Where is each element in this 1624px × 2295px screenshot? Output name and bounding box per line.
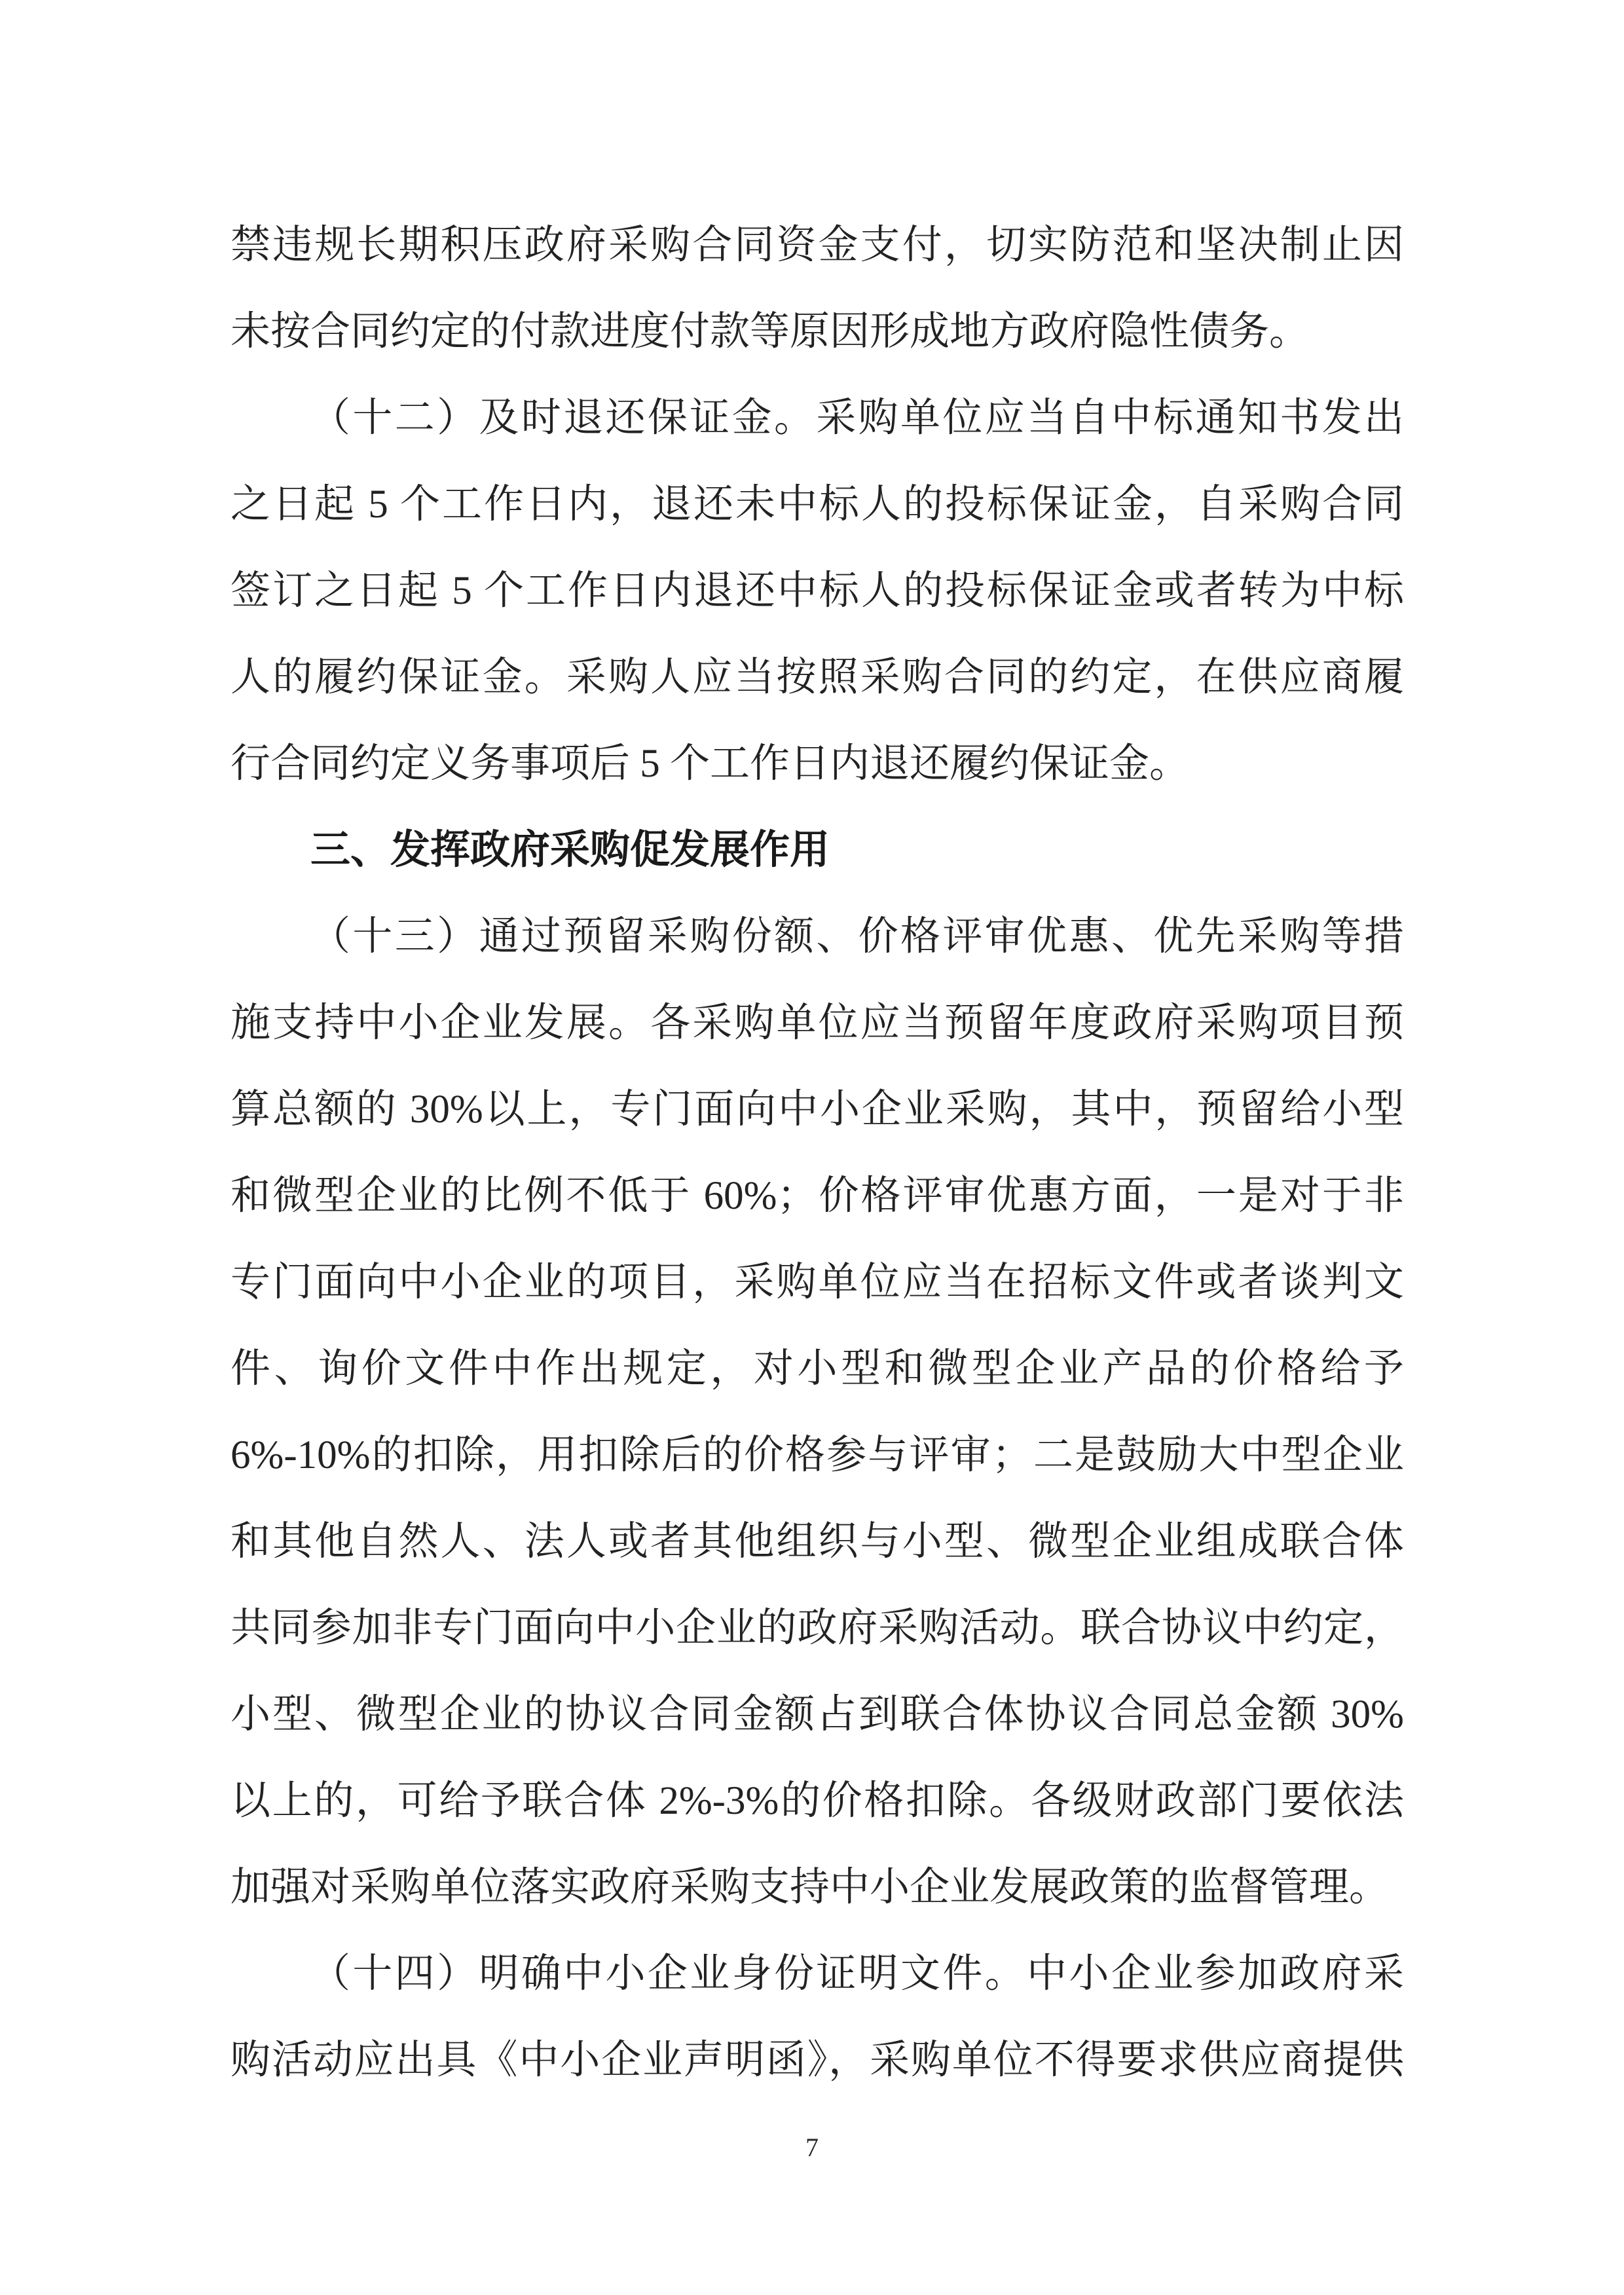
text-line: 签订之日起 5 个工作日内退还中标人的投标保证金或者转为中标 bbox=[231, 548, 1404, 634]
text-line: （十三）通过预留采购份额、价格评审优惠、优先采购等措 bbox=[231, 894, 1404, 980]
text-line: （十二）及时退还保证金。采购单位应当自中标通知书发出 bbox=[231, 375, 1404, 462]
text-line: 共同参加非专门面向中小企业的政府采购活动。联合协议中约定， bbox=[231, 1585, 1404, 1672]
text-line: 施支持中小企业发展。各采购单位应当预留年度政府采购项目预 bbox=[231, 980, 1404, 1067]
text-line: 以上的，可给予联合体 2%-3%的价格扣除。各级财政部门要依法 bbox=[231, 1758, 1404, 1845]
document-text: 禁违规长期积压政府采购合同资金支付，切实防范和坚决制止因 未按合同约定的付款进度… bbox=[231, 202, 1404, 2104]
text-line: 小型、微型企业的协议合同金额占到联合体协议合同总金额 30% bbox=[231, 1672, 1404, 1758]
text-line: 人的履约保证金。采购人应当按照采购合同的约定，在供应商履 bbox=[231, 634, 1404, 721]
page-number: 7 bbox=[0, 2132, 1624, 2163]
text-line: 6%-10%的扣除，用扣除后的价格参与评审；二是鼓励大中型企业 bbox=[231, 1412, 1404, 1499]
text-line: 件、询价文件中作出规定，对小型和微型企业产品的价格给予 bbox=[231, 1326, 1404, 1412]
text-line: 和微型企业的比例不低于 60%；价格评审优惠方面，一是对于非 bbox=[231, 1153, 1404, 1239]
text-line: 之日起 5 个工作日内，退还未中标人的投标保证金，自采购合同 bbox=[231, 462, 1404, 548]
text-line: （十四）明确中小企业身份证明文件。中小企业参加政府采 bbox=[231, 1931, 1404, 2017]
text-line: 购活动应出具《中小企业声明函》，采购单位不得要求供应商提供 bbox=[231, 2017, 1404, 2104]
text-line: 行合同约定义务事项后 5 个工作日内退还履约保证金。 bbox=[231, 721, 1404, 807]
document-page: 禁违规长期积压政府采购合同资金支付，切实防范和坚决制止因 未按合同约定的付款进度… bbox=[0, 0, 1624, 2295]
text-line: 禁违规长期积压政府采购合同资金支付，切实防范和坚决制止因 bbox=[231, 202, 1404, 289]
text-line: 算总额的 30%以上，专门面向中小企业采购，其中，预留给小型 bbox=[231, 1067, 1404, 1153]
text-line: 未按合同约定的付款进度付款等原因形成地方政府隐性债务。 bbox=[231, 289, 1404, 375]
section-heading: 三、发挥政府采购促发展作用 bbox=[231, 807, 1404, 894]
text-line: 加强对采购单位落实政府采购支持中小企业发展政策的监督管理。 bbox=[231, 1845, 1404, 1931]
text-line: 和其他自然人、法人或者其他组织与小型、微型企业组成联合体 bbox=[231, 1499, 1404, 1585]
text-line: 专门面向中小企业的项目，采购单位应当在招标文件或者谈判文 bbox=[231, 1239, 1404, 1326]
